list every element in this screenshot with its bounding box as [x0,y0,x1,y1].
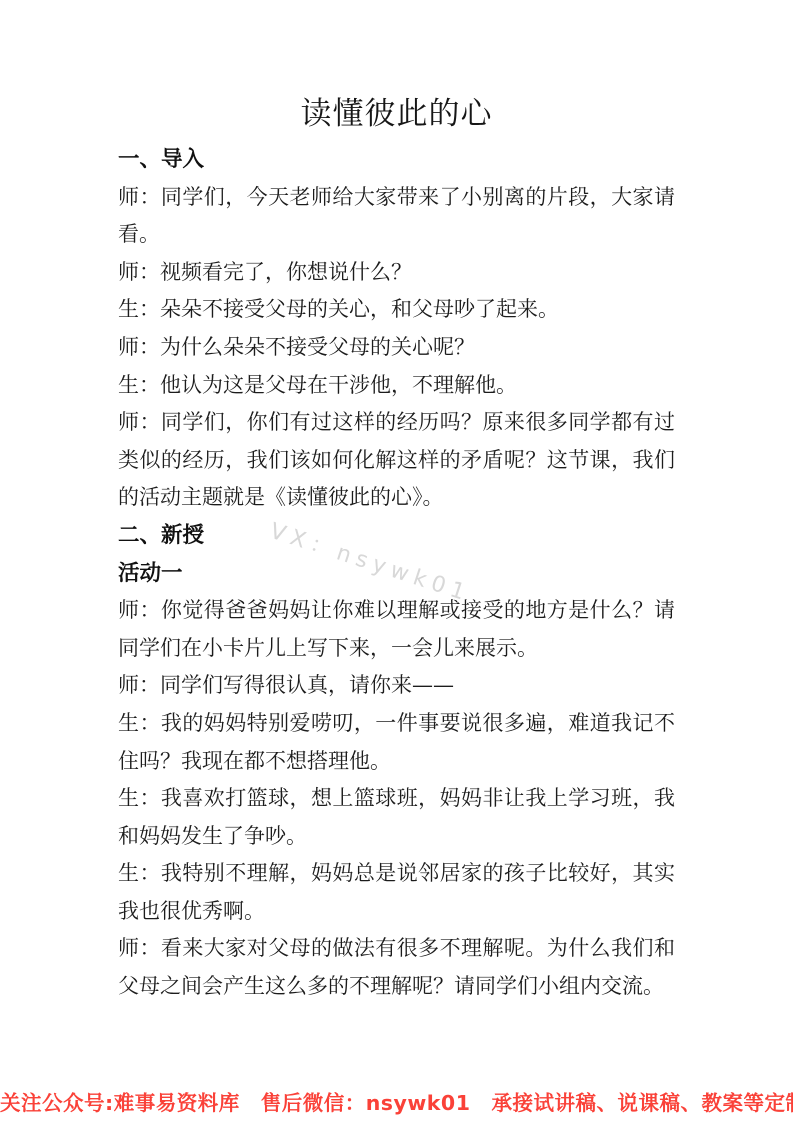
dialogue-line: 师：同学们，你们有过这样的经历吗？原来很多同学都有过 [118,404,675,442]
dialogue-line: 师：同学们，今天老师给大家带来了小别离的片段，大家请 [118,179,675,217]
dialogue-line: 师：看来大家对父母的做法有很多不理解呢。为什么我们和 [118,930,675,968]
dialogue-line: 生：朵朵不接受父母的关心，和父母吵了起来。 [118,291,675,329]
dialogue-line: 我也很优秀啊。 [118,893,675,931]
section-heading-intro: 一、导入 [118,141,675,179]
dialogue-line: 师：视频看完了，你想说什么？ [118,254,675,292]
promo-footer: 关注公众号:难事易资料库 售后微信：nsywk01 承接试讲稿、说课稿、教案等定… [0,1086,793,1116]
section-heading-activity: 活动一 [118,555,675,593]
dialogue-line: 师：为什么朵朵不接受父母的关心呢？ [118,329,675,367]
section-heading-new: 二、新授 [118,517,675,555]
dialogue-line: 和妈妈发生了争吵。 [118,818,675,856]
dialogue-line: 看。 [118,216,675,254]
dialogue-line: 的活动主题就是《读懂彼此的心》。 [118,479,675,517]
page-title: 读懂彼此的心 [0,88,793,133]
document-body: 一、导入 师：同学们，今天老师给大家带来了小别离的片段，大家请 看。 师：视频看… [118,141,675,1006]
dialogue-line: 同学们在小卡片儿上写下来，一会儿来展示。 [118,630,675,668]
dialogue-line: 父母之间会产生这么多的不理解呢？请同学们小组内交流。 [118,968,675,1006]
dialogue-line: 生：我特别不理解，妈妈总是说邻居家的孩子比较好，其实 [118,855,675,893]
dialogue-line: 类似的经历，我们该如何化解这样的矛盾呢？这节课，我们 [118,442,675,480]
dialogue-line: 生：我喜欢打篮球，想上篮球班，妈妈非让我上学习班，我 [118,780,675,818]
dialogue-line: 生：他认为这是父母在干涉他，不理解他。 [118,367,675,405]
document-page: 读懂彼此的心 一、导入 师：同学们，今天老师给大家带来了小别离的片段，大家请 看… [0,0,793,1122]
dialogue-line: 师：同学们写得很认真，请你来—— [118,667,675,705]
dialogue-line: 师：你觉得爸爸妈妈让你难以理解或接受的地方是什么？请 [118,592,675,630]
dialogue-line: 住吗？我现在都不想搭理他。 [118,743,675,781]
dialogue-line: 生：我的妈妈特别爱唠叨，一件事要说很多遍，难道我记不 [118,705,675,743]
